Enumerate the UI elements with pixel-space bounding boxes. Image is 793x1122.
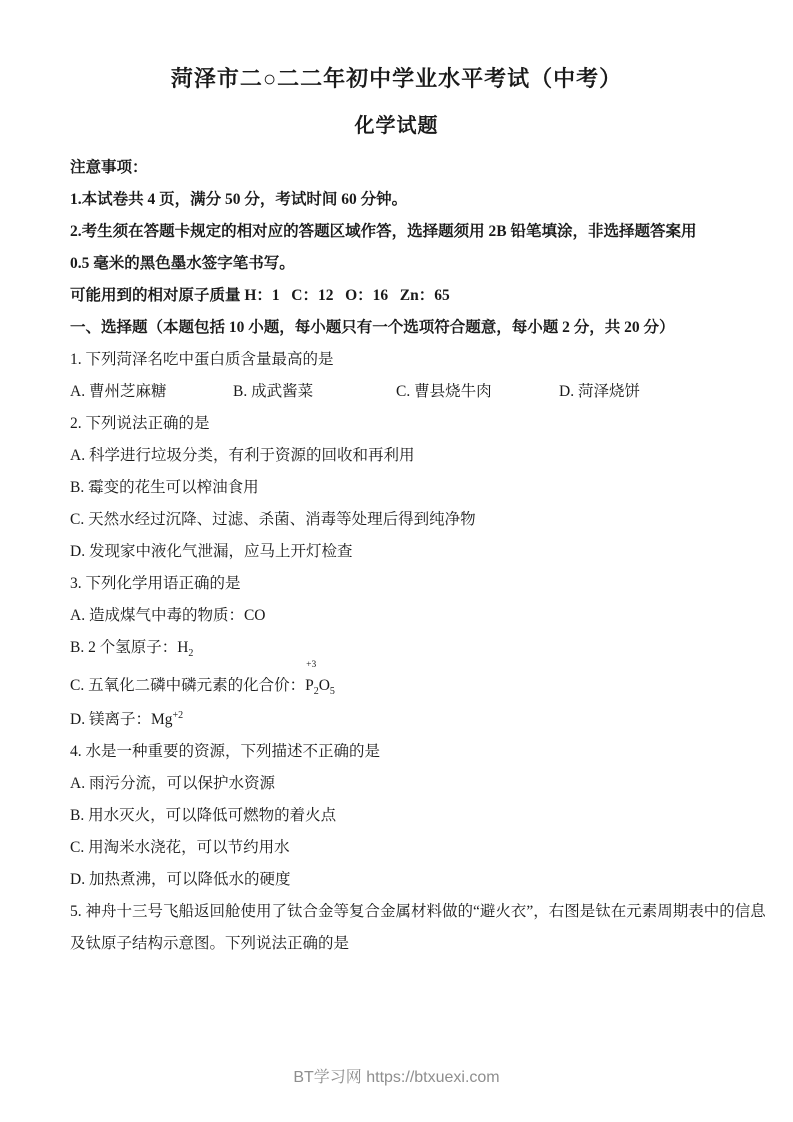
- exam-content: 菏泽市二○二二年初中学业水平考试（中考） 化学试题 注意事项： 1.本试卷共 4…: [0, 0, 793, 960]
- question-1-option-c: C. 曹县烧牛肉: [396, 376, 559, 408]
- question-2-stem: 2. 下列说法正确的是: [70, 408, 723, 440]
- o-subscript: 5: [330, 686, 335, 697]
- question-1-stem: 1. 下列菏泽名吃中蛋白质含量最高的是: [70, 344, 723, 376]
- oxidation-state-label: +3: [306, 660, 316, 670]
- phosphorus-symbol: P: [305, 677, 314, 694]
- question-3-option-c: C. 五氧化二磷中磷元素的化合价：+3P2O5: [70, 664, 723, 702]
- question-1-option-b: B. 成武酱菜: [233, 376, 396, 408]
- question-4-option-c: C. 用淘米水浇花，可以节约用水: [70, 832, 723, 864]
- watermark: BT学习网 https://btxuexi.com: [0, 1064, 793, 1087]
- question-4-option-b: B. 用水灭火，可以降低可燃物的着火点: [70, 800, 723, 832]
- question-2-option-a: A. 科学进行垃圾分类，有利于资源的回收和再利用: [70, 440, 723, 472]
- question-2-option-c: C. 天然水经过沉降、过滤、杀菌、消毒等处理后得到纯净物: [70, 504, 723, 536]
- exam-subtitle: 化学试题: [70, 112, 723, 140]
- notice-line-2b: 0.5 毫米的黑色墨水签字笔书写。: [70, 248, 723, 280]
- question-4-option-d: D. 加热煮沸，可以降低水的硬度: [70, 864, 723, 896]
- exam-title: 菏泽市二○二二年初中学业水平考试（中考）: [70, 64, 723, 94]
- question-3-stem: 3. 下列化学用语正确的是: [70, 568, 723, 600]
- question-1-option-d: D. 菏泽烧饼: [559, 376, 640, 408]
- p2o5-formula: +3P: [305, 670, 314, 702]
- question-3-option-b: B. 2 个氢原子：H2: [70, 632, 723, 664]
- exam-body: 注意事项： 1.本试卷共 4 页，满分 50 分，考试时间 60 分钟。 2.考…: [70, 152, 723, 960]
- h2-subscript: 2: [188, 648, 193, 659]
- exam-paper-page: 菏泽市二○二二年初中学业水平考试（中考） 化学试题 注意事项： 1.本试卷共 4…: [0, 0, 793, 1122]
- option-d-text: D. 镁离子：Mg: [70, 711, 172, 728]
- question-3-option-a: A. 造成煤气中毒的物质：CO: [70, 600, 723, 632]
- atomic-mass-reference: 可能用到的相对原子质量 H：1 C：12 O：16 Zn：65: [70, 280, 723, 312]
- notice-line-2a: 2.考生须在答题卡规定的相对应的答题区域作答，选择题须用 2B 铅笔填涂，非选择…: [70, 216, 723, 248]
- option-c-text: C. 五氧化二磷中磷元素的化合价：: [70, 677, 305, 694]
- oxygen-symbol: O: [319, 677, 330, 694]
- question-5-stem-line-2: 及钛原子结构示意图。下列说法正确的是: [70, 928, 723, 960]
- notice-heading: 注意事项：: [70, 152, 723, 184]
- section-1-heading: 一、选择题（本题包括 10 小题，每小题只有一个选项符合题意，每小题 2 分，共…: [70, 312, 723, 344]
- question-3-option-d: D. 镁离子：Mg+2: [70, 704, 723, 736]
- mg-charge-superscript: +2: [172, 710, 183, 721]
- option-b-text: B. 2 个氢原子：H: [70, 639, 188, 656]
- question-4-option-a: A. 雨污分流，可以保护水资源: [70, 768, 723, 800]
- question-2-option-d: D. 发现家中液化气泄漏，应马上开灯检查: [70, 536, 723, 568]
- question-4-stem: 4. 水是一种重要的资源，下列描述不正确的是: [70, 736, 723, 768]
- notice-line-1: 1.本试卷共 4 页，满分 50 分，考试时间 60 分钟。: [70, 184, 723, 216]
- question-1-option-a: A. 曹州芝麻糖: [70, 376, 233, 408]
- question-1-options: A. 曹州芝麻糖 B. 成武酱菜 C. 曹县烧牛肉 D. 菏泽烧饼: [70, 376, 723, 408]
- question-5-stem-line-1: 5. 神舟十三号飞船返回舱使用了钛合金等复合金属材料做的“避火衣”，右图是钛在元…: [70, 896, 723, 928]
- question-2-option-b: B. 霉变的花生可以榨油食用: [70, 472, 723, 504]
